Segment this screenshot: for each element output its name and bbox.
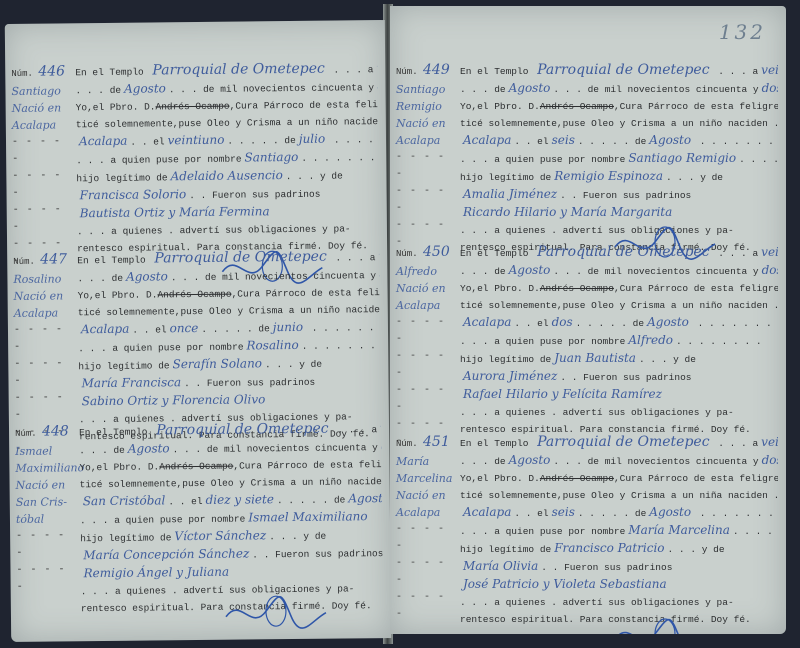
entry-body: En el Templo Parroquial de Ometepec . . … — [460, 434, 778, 628]
margin-name-2: Marcelina — [396, 470, 456, 487]
register-entry-446: Núm. 446 Santiago Nació en Acalapa - - -… — [5, 60, 385, 64]
entry-margin-notes: Núm. 450 Alfredo Nació en Acalapa - - - … — [396, 244, 456, 450]
margin-birthplace: Acalapa — [396, 297, 456, 314]
margin-born-label: Nació en — [12, 99, 72, 117]
right-page: 132 Núm. 449 Santiago Remigio Nació en A… — [390, 6, 786, 634]
priest-signature — [610, 614, 720, 634]
entry-body: En el Templo Parroquial de Ometepec . . … — [460, 244, 778, 438]
entry-number: Núm. 449 — [396, 62, 456, 81]
margin-name: Rosalino — [13, 270, 73, 288]
margin-birthplace-2: tóbal — [16, 510, 76, 528]
margin-born-label: Nació en — [16, 476, 76, 494]
margin-name: Alfredo — [396, 263, 456, 280]
margin-name-2: Remigio — [396, 98, 456, 115]
entry-body: En el Templo Parroquial de Ometepec . . … — [79, 420, 383, 617]
entry-margin-notes: Núm. 449 Santiago Remigio Nació en Acala… — [396, 62, 456, 251]
margin-name: Santiago — [11, 82, 71, 100]
entry-number: Núm. 451 — [396, 434, 456, 453]
margin-birthplace: Acalapa — [396, 132, 456, 149]
entry-margin-notes: Núm. 446 Santiago Nació en Acalapa - - -… — [11, 63, 73, 270]
margin-born-label: Nació en — [396, 487, 456, 504]
left-page: Núm. 446 Santiago Nació en Acalapa - - -… — [5, 20, 391, 642]
entry-number: Núm. 447 — [13, 251, 73, 271]
margin-name: Ismael — [15, 442, 75, 460]
margin-name-2: Maximiliano — [15, 459, 75, 477]
priest-signature — [221, 591, 331, 634]
margin-birthplace: San Cris- — [16, 493, 76, 511]
margin-birthplace: Acalapa — [14, 304, 74, 322]
margin-born-label: Nació en — [396, 115, 456, 132]
margin-birthplace: Acalapa — [12, 116, 72, 134]
margin-name: Santiago — [396, 81, 456, 98]
entry-body: En el Templo Parroquial de Ometepec . . … — [77, 248, 381, 445]
entry-number: Núm. 448 — [15, 423, 75, 443]
margin-birthplace: Acalapa — [396, 504, 456, 521]
entry-margin-notes: Núm. 448 Ismael Maximiliano Nació en San… — [15, 423, 77, 596]
entry-body: En el Templo Parroquial de Ometepec . . … — [75, 60, 379, 257]
margin-born-label: Nació en — [14, 287, 74, 305]
margin-born-label: Nació en — [396, 280, 456, 297]
page-number: 132 — [719, 20, 766, 44]
entry-number: Núm. 450 — [396, 244, 456, 263]
entry-number: Núm. 446 — [11, 63, 71, 83]
entry-margin-notes: Núm. 451 María Marcelina Nació en Acalap… — [396, 434, 456, 623]
margin-name: María — [396, 453, 456, 470]
